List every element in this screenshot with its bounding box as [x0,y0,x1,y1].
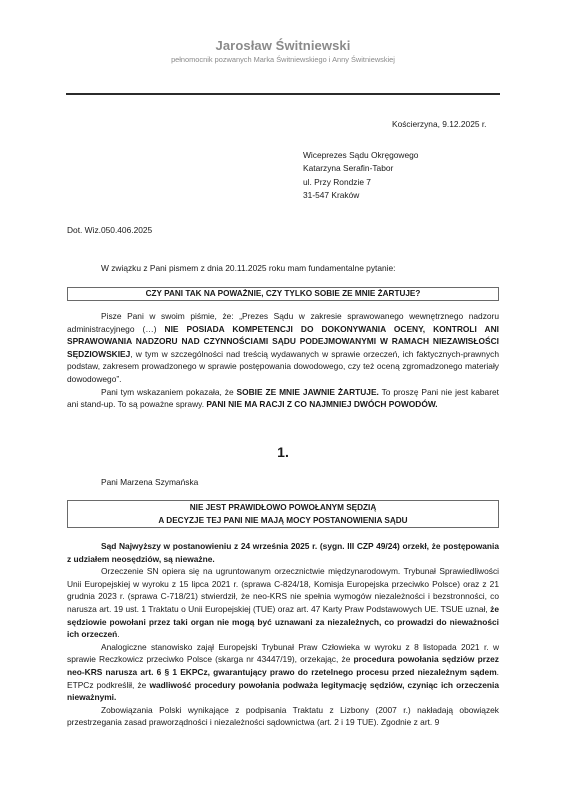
sender-role: pełnomocnik pozwanych Marka Świtniewskie… [0,55,566,64]
text-run: . [117,629,119,639]
emphasis-text: PANI NIE MA RACJI Z CO NAJMNIEJ DWÓCH PO… [206,399,437,409]
intro-sentence: W związku z Pani pismem z dnia 20.11.202… [101,263,396,273]
text-run: Zobowiązania Polski wynikające z podpisa… [67,705,499,728]
text-run: Pani tym wskazaniem pokazała, że [101,387,237,397]
text-run: Orzeczenie SN opiera się na ugruntowanym… [67,566,499,614]
text-run: , w tym w szczególności nad treścią wyda… [67,349,499,384]
person-name: Pani Marzena Szymańska [101,477,198,487]
body-section-intro: Pisze Pani w swoim piśmie, że: „Prezes S… [67,310,499,411]
question-box: CZY PANI TAK NA POWAŻNIE, CZY TYLKO SOBI… [67,287,499,301]
paragraph: Orzeczenie SN opiera się na ugruntowanym… [67,565,499,641]
section-number: 1. [0,444,566,460]
paragraph: Zobowiązania Polski wynikające z podpisa… [67,704,499,729]
addressee-line: ul. Przy Rondzie 7 [303,176,418,189]
emphasis-text: SOBIE ZE MNIE JAWNIE ŻARTUJE. [237,387,379,397]
place-date: Kościerzyna, 9.12.2025 r. [392,119,487,129]
emphasis-text: Sąd Najwyższy w postanowieniu z 24 wrześ… [67,541,499,564]
addressee-line: 31-547 Kraków [303,189,418,202]
paragraph: Pani tym wskazaniem pokazała, że SOBIE Z… [67,386,499,411]
document-page: Jarosław Świtniewski pełnomocnik pozwany… [0,0,566,800]
addressee-line: Wiceprezes Sądu Okręgowego [303,149,418,162]
reference-number: Dot. Wiz.050.406.2025 [67,225,152,235]
claim-line: NIE JEST PRAWIDŁOWO POWOŁANYM SĘDZIĄ [68,502,498,515]
paragraph: Analogiczne stanowisko zajął Europejski … [67,641,499,704]
addressee-line: Katarzyna Serafin-Tabor [303,162,418,175]
sender-name: Jarosław Świtniewski [0,38,566,53]
claim-box: NIE JEST PRAWIDŁOWO POWOŁANYM SĘDZIĄ A D… [67,500,499,528]
paragraph: Pisze Pani w swoim piśmie, że: „Prezes S… [67,310,499,386]
addressee-block: Wiceprezes Sądu Okręgowego Katarzyna Ser… [303,149,418,203]
letterhead: Jarosław Świtniewski pełnomocnik pozwany… [0,38,566,64]
paragraph: Sąd Najwyższy w postanowieniu z 24 wrześ… [67,540,499,565]
body-section-1: Sąd Najwyższy w postanowieniu z 24 wrześ… [67,540,499,729]
header-divider [66,93,500,95]
claim-line: A DECYZJE TEJ PANI NIE MAJĄ MOCY POSTANO… [68,515,498,528]
